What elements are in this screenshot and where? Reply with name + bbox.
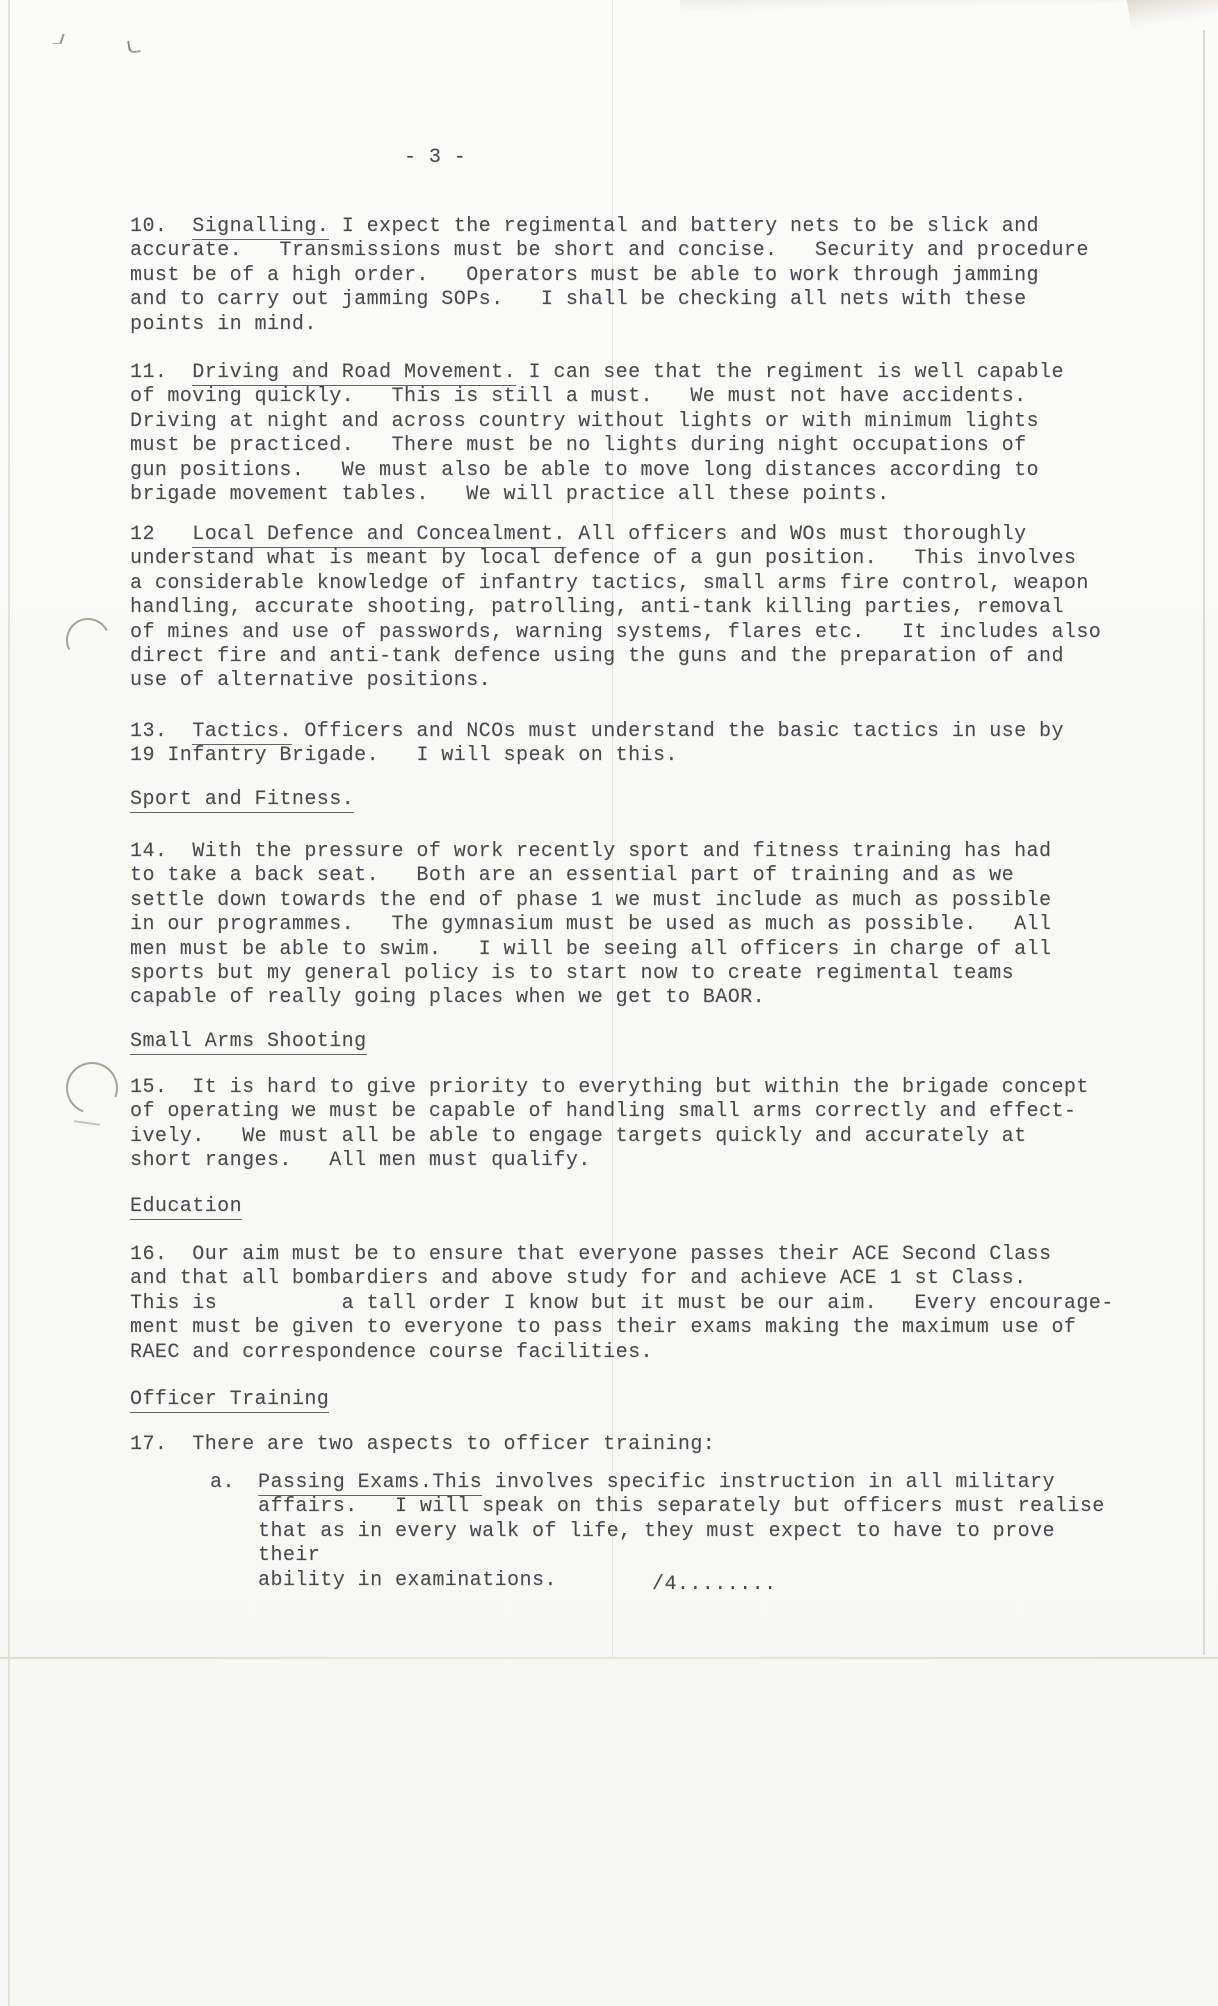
page-number: - 3 - [404, 146, 466, 170]
paragraph-10: 10. Signalling. I expect the regimental … [130, 215, 1120, 337]
paragraph-13: 13. Tactics. Officers and NCOs must unde… [130, 720, 1120, 769]
paragraph-17-number: 17. [130, 1433, 167, 1456]
paragraph-15: 15. It is hard to give priority to every… [130, 1076, 1120, 1174]
hole-punch-mark-2 [58, 1054, 127, 1123]
paragraph-11: 11. Driving and Road Movement. I can see… [130, 361, 1120, 507]
paragraph-11-title: Driving and Road Movement. [192, 361, 516, 386]
heading-officer-training: Officer Training [130, 1388, 1120, 1412]
paragraph-13-number: 13. [130, 720, 192, 743]
paragraph-16: 16. Our aim must be to ensure that every… [130, 1243, 1120, 1365]
top-edge-smudge [680, 0, 1160, 12]
paragraph-17a-title: Passing Exams.This [258, 1471, 482, 1496]
paragraph-15-body: It is hard to give priority to everythin… [130, 1076, 1089, 1172]
paragraph-16-body: Our aim must be to ensure that everyone … [130, 1243, 1114, 1364]
paper-edge-left [8, 0, 10, 2006]
paragraph-17a-label: a. [210, 1471, 235, 1495]
hole-punch-mark-1 [60, 612, 115, 667]
paragraph-12-body: All officers and WOs must thoroughly und… [130, 523, 1101, 692]
paragraph-15-number: 15. [130, 1076, 167, 1099]
paragraph-17: 17. There are two aspects to officer tra… [130, 1433, 1120, 1457]
pencil-mark-1 [52, 34, 64, 44]
corner-smudge [1126, 0, 1218, 29]
heading-small-arms-shooting: Small Arms Shooting [130, 1030, 1120, 1054]
paragraph-11-number: 11. [130, 361, 192, 384]
heading-education: Education [130, 1195, 1120, 1219]
stray-pen-mark [74, 1120, 100, 1126]
paragraph-12: 12 Local Defence and Concealment. All of… [130, 523, 1120, 694]
paragraph-12-number: 12 [130, 523, 192, 546]
paragraph-10-title: Signalling. [192, 215, 329, 240]
pencil-mark-2 [127, 39, 141, 54]
paragraph-14-number: 14. [130, 840, 167, 863]
continuation-marker: /4........ [652, 1573, 777, 1597]
paragraph-10-number: 10. [130, 215, 192, 238]
heading-sport-and-fitness: Sport and Fitness. [130, 788, 1120, 812]
paragraph-13-title: Tactics. [192, 720, 292, 745]
paragraph-12-title: Local Defence and Concealment. [192, 523, 566, 548]
paragraph-17-body: There are two aspects to officer trainin… [167, 1433, 715, 1456]
paragraph-16-number: 16. [130, 1243, 167, 1266]
paragraph-14: 14. With the pressure of work recently s… [130, 840, 1120, 1011]
paragraph-14-body: With the pressure of work recently sport… [130, 840, 1051, 1009]
paper-edge-right [1203, 30, 1205, 1655]
sheet-bottom-edge [0, 1657, 1218, 1659]
scanned-document-page: - 3 - 10. Signalling. I expect the regim… [0, 0, 1218, 2006]
